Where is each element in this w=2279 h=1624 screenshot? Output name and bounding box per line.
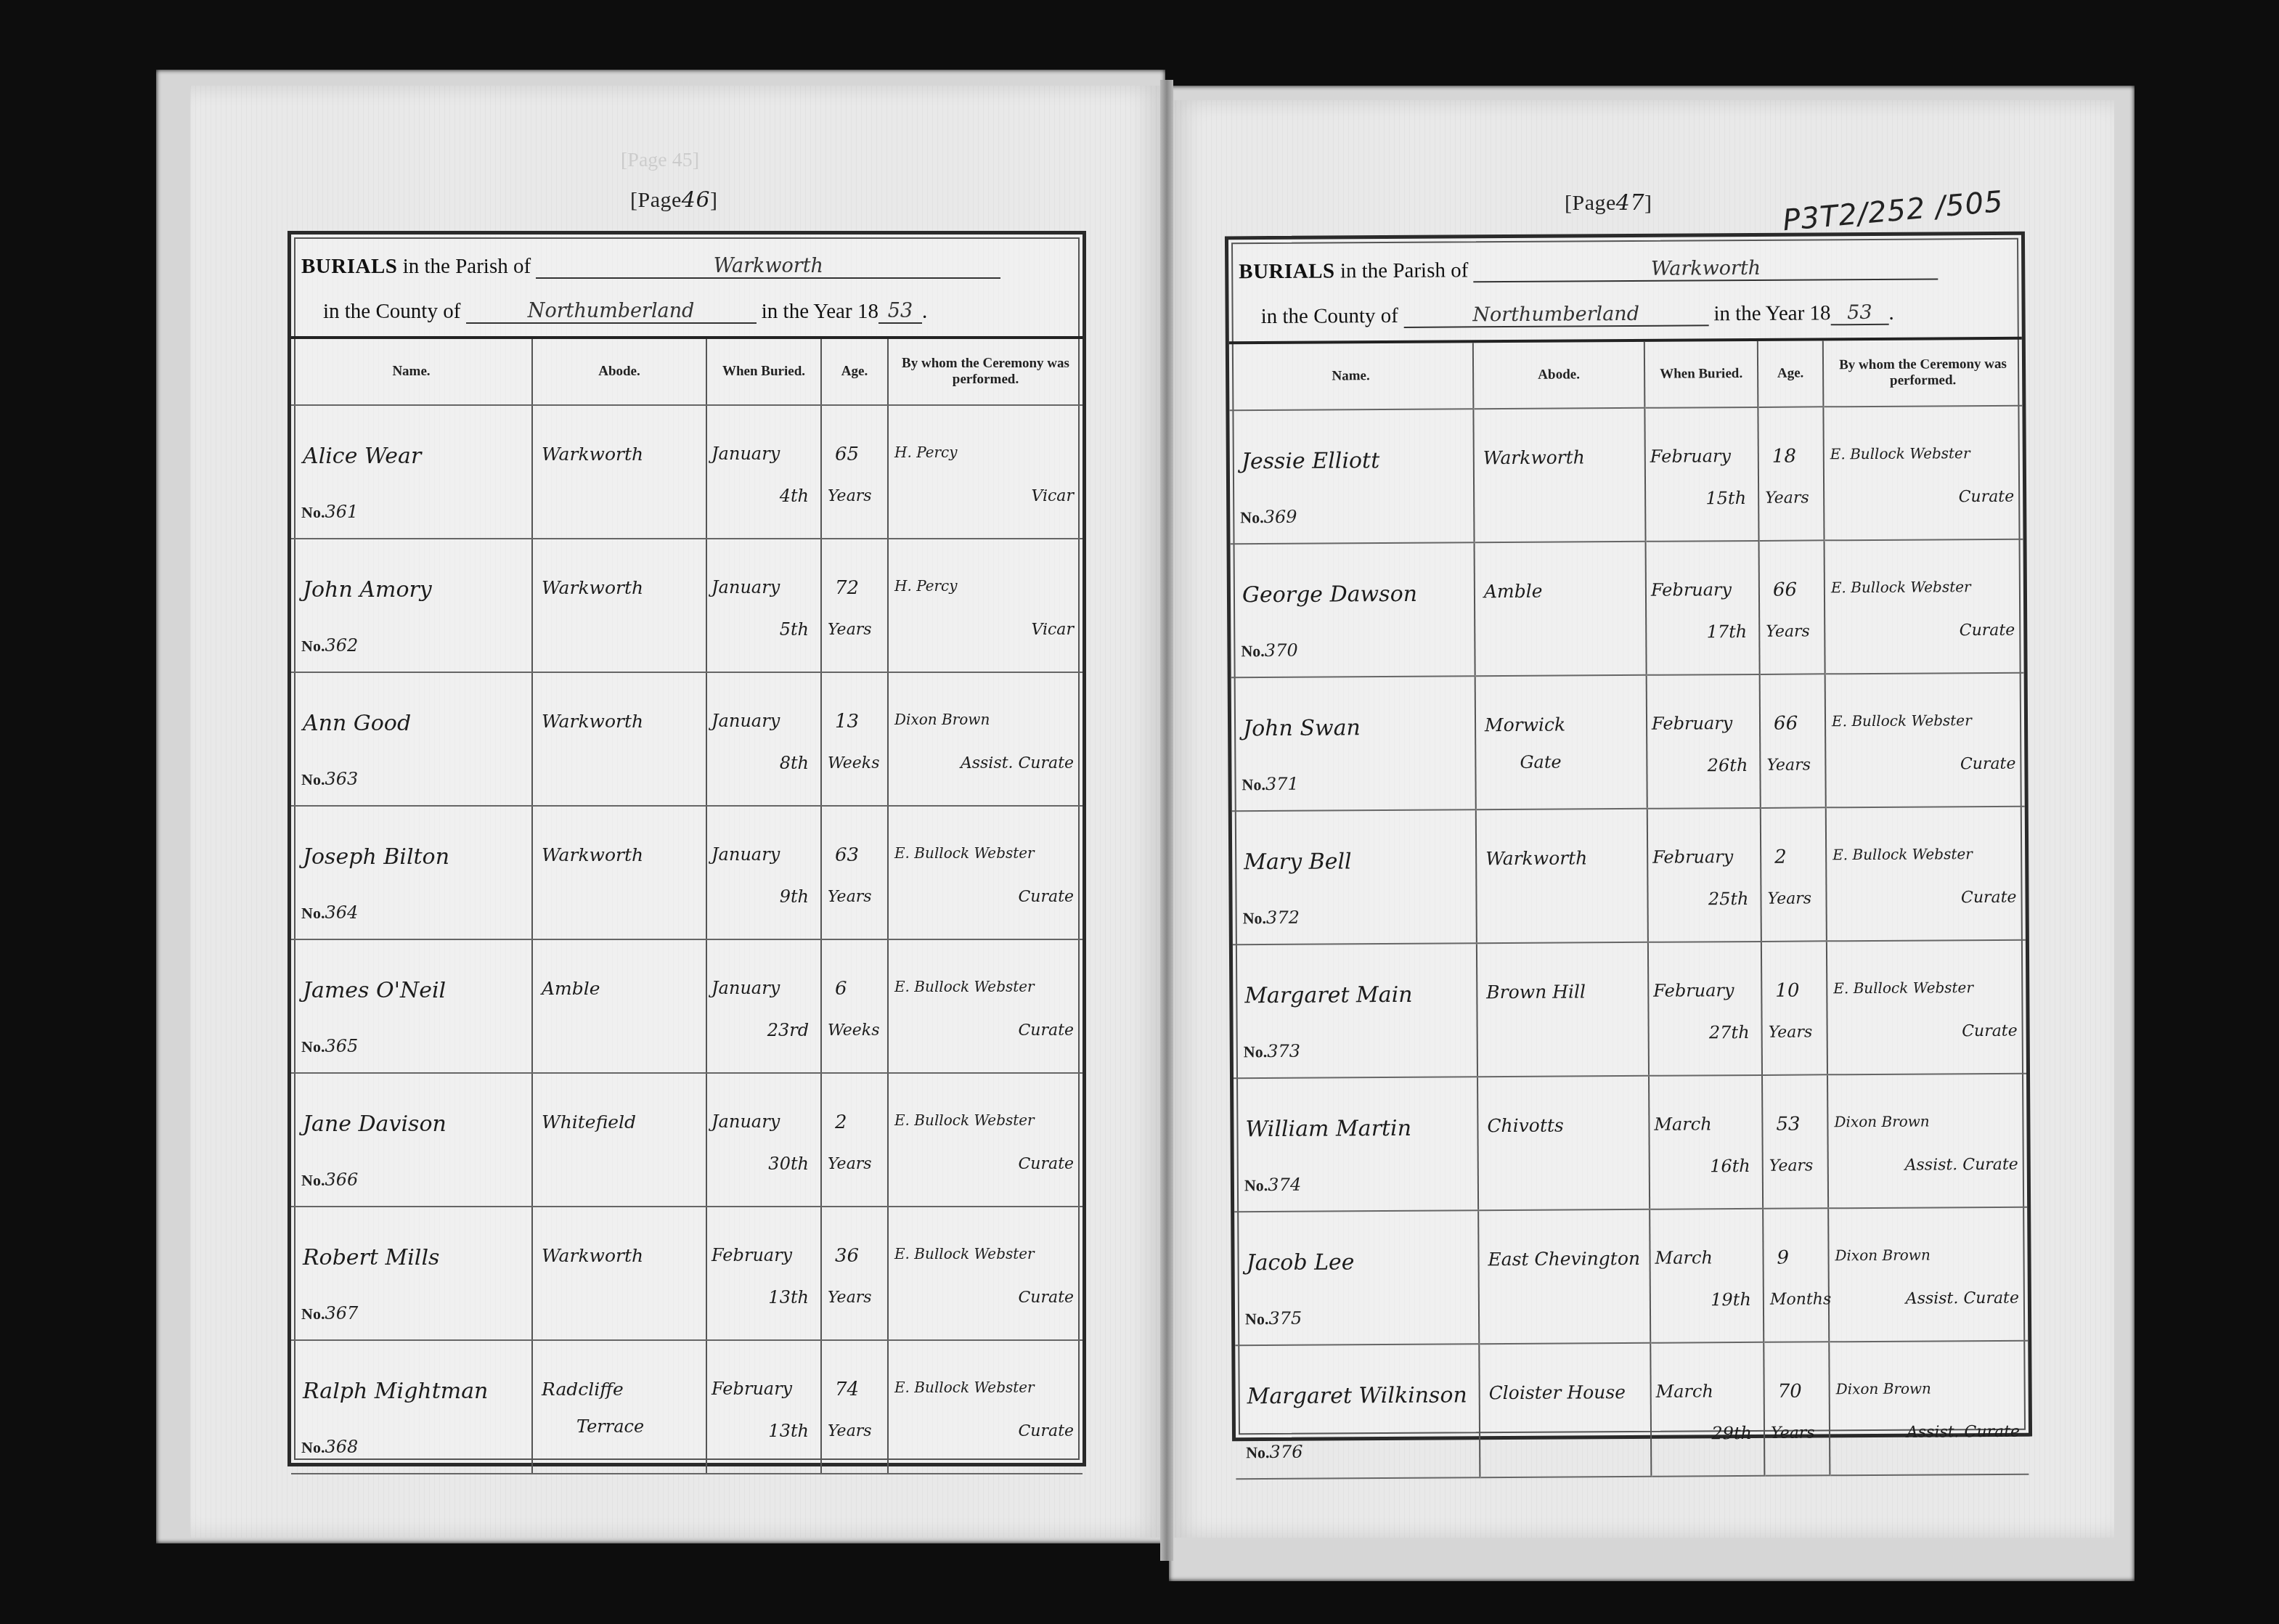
burial-entry-row: Jessie Elliott No.369 Warkworth February… bbox=[1229, 406, 2023, 544]
entry-number: No.366 bbox=[301, 1170, 358, 1190]
parish-line: BURIALS in the Parish of Warkworth bbox=[301, 255, 1000, 279]
name-cell: Ralph Mightman No.368 bbox=[291, 1340, 532, 1474]
burial-entry-row: George Dawson No.370 Amble February 17th… bbox=[1231, 539, 2024, 678]
abode-cell: Chivotts bbox=[1477, 1076, 1650, 1210]
burial-month: February bbox=[1652, 846, 1733, 868]
officiant-name: Dixon Brown bbox=[1835, 1246, 1930, 1264]
burial-entry-row: Ralph Mightman No.368 Radcliffe Terrace … bbox=[291, 1340, 1083, 1474]
when-buried-cell: February 27th bbox=[1648, 942, 1762, 1076]
officiant-cell: E. Bullock Webster Curate bbox=[888, 939, 1083, 1073]
abode-value: Brown Hill bbox=[1486, 981, 1586, 1003]
burial-day: 17th bbox=[1707, 621, 1748, 642]
header-age: Age. bbox=[821, 339, 888, 405]
officiant-title: Assist. Curate bbox=[961, 754, 1074, 772]
officiant-cell: H. Percy Vicar bbox=[888, 405, 1083, 539]
register-heading: BURIALS in the Parish of Warkworth in th… bbox=[1228, 235, 2022, 345]
officiant-title: Curate bbox=[1019, 888, 1075, 906]
name-cell: Jane Davison No.366 bbox=[291, 1073, 532, 1207]
age-cell: 63 Years bbox=[821, 806, 888, 939]
age-value: 66 bbox=[1773, 579, 1797, 601]
burial-day: 16th bbox=[1710, 1156, 1750, 1176]
officiant-name: E. Bullock Webster bbox=[894, 1379, 1035, 1396]
burial-day: 13th bbox=[768, 1287, 809, 1307]
when-buried-cell: January 30th bbox=[706, 1073, 821, 1207]
book-gutter bbox=[1160, 80, 1173, 1561]
page-close: ] bbox=[710, 188, 718, 212]
officiant-cell: E. Bullock Webster Curate bbox=[1826, 807, 2026, 942]
entry-number: No.365 bbox=[301, 1036, 358, 1056]
abode-line2: Terrace bbox=[576, 1416, 644, 1437]
when-buried-cell: March 29th bbox=[1650, 1342, 1764, 1477]
deceased-name: Jane Davison bbox=[303, 1111, 447, 1137]
burial-entry-row: Margaret Main No.373 Brown Hill February… bbox=[1233, 940, 2026, 1079]
name-cell: Ann Good No.363 bbox=[291, 672, 532, 806]
age-cell: 72 Years bbox=[821, 539, 888, 672]
burial-day: 19th bbox=[1711, 1289, 1751, 1310]
officiant-title: Curate bbox=[1959, 488, 2015, 506]
page-number-value: 47 bbox=[1616, 190, 1644, 216]
officiant-title: Curate bbox=[1961, 889, 2017, 907]
deceased-name: John Amory bbox=[303, 577, 432, 603]
when-buried-cell: January 23rd bbox=[706, 939, 821, 1073]
officiant-cell: E. Bullock Webster Curate bbox=[1823, 406, 2023, 541]
entry-number: No.373 bbox=[1244, 1041, 1300, 1061]
entry-number: No.368 bbox=[301, 1437, 358, 1457]
name-cell: John Swan No.371 bbox=[1231, 676, 1476, 811]
name-cell: Jessie Elliott No.369 bbox=[1229, 409, 1474, 544]
age-unit: Years bbox=[1771, 1424, 1815, 1442]
officiant-title: Assist. Curate bbox=[1907, 1423, 2020, 1442]
deceased-name: Jessie Elliott bbox=[1242, 448, 1380, 474]
deceased-name: Margaret Wilkinson bbox=[1247, 1382, 1467, 1409]
when-buried-cell: January 5th bbox=[706, 539, 821, 672]
age-value: 6 bbox=[835, 978, 847, 1000]
burial-entry-row: Margaret Wilkinson No.376 Cloister House… bbox=[1235, 1341, 2029, 1480]
when-buried-cell: February 13th bbox=[706, 1340, 821, 1474]
age-value: 72 bbox=[835, 577, 859, 599]
right-burial-register: BURIALS in the Parish of Warkworth in th… bbox=[1225, 232, 2032, 1442]
name-cell: John Amory No.362 bbox=[291, 539, 532, 672]
burial-entry-row: Ann Good No.363 Warkworth January 8th 13… bbox=[291, 672, 1083, 806]
age-value: 74 bbox=[835, 1379, 859, 1400]
burial-month: February bbox=[712, 1245, 792, 1265]
officiant-name: E. Bullock Webster bbox=[894, 844, 1035, 862]
when-buried-cell: February 15th bbox=[1644, 407, 1758, 542]
burial-day: 15th bbox=[1705, 488, 1746, 508]
ghost-page-number-bleed: [Page 45] bbox=[621, 149, 699, 172]
abode-cell: Warkworth bbox=[532, 539, 706, 672]
burial-entry-row: John Swan No.371 Morwick Gate February 2… bbox=[1231, 673, 2025, 812]
officiant-cell: Dixon Brown Assist. Curate bbox=[1827, 1074, 2027, 1209]
age-value: 18 bbox=[1772, 446, 1796, 468]
county-line: in the County of Northumberland in the Y… bbox=[1261, 301, 1894, 329]
burial-day: 5th bbox=[780, 619, 809, 640]
abode-value: East Chevington bbox=[1488, 1248, 1640, 1270]
burial-entries-table: Name. Abode. When Buried. Age. By whom t… bbox=[291, 339, 1083, 1474]
age-cell: 2 Years bbox=[821, 1073, 888, 1207]
entry-number: No.375 bbox=[1245, 1308, 1302, 1329]
age-value: 65 bbox=[835, 444, 859, 465]
age-unit: Years bbox=[1766, 756, 1811, 774]
officiant-cell: E. Bullock Webster Curate bbox=[1825, 539, 2024, 674]
deceased-name: Ann Good bbox=[303, 711, 411, 736]
age-unit: Years bbox=[828, 1155, 872, 1173]
abode-value: Warkworth bbox=[542, 1245, 643, 1266]
age-unit: Years bbox=[1766, 622, 1810, 640]
officiant-title: Curate bbox=[1019, 1155, 1075, 1173]
name-cell: Margaret Wilkinson No.376 bbox=[1235, 1344, 1480, 1479]
officiant-name: Dixon Brown bbox=[1836, 1379, 1931, 1397]
age-cell: 2 Years bbox=[1761, 807, 1827, 942]
officiant-title: Curate bbox=[1962, 1022, 2018, 1040]
burial-month: January bbox=[712, 1111, 780, 1132]
officiant-title: Assist. Curate bbox=[1905, 1156, 2018, 1175]
when-buried-cell: January 4th bbox=[706, 405, 821, 539]
when-buried-cell: March 19th bbox=[1650, 1209, 1764, 1343]
when-buried-cell: February 26th bbox=[1647, 674, 1761, 809]
name-cell: Alice Wear No.361 bbox=[291, 405, 532, 539]
burial-entry-row: Jane Davison No.366 Whitefield January 3… bbox=[291, 1073, 1083, 1207]
abode-cell: East Chevington bbox=[1478, 1209, 1650, 1344]
age-value: 36 bbox=[835, 1245, 859, 1267]
officiant-cell: H. Percy Vicar bbox=[888, 539, 1083, 672]
burial-day: 29th bbox=[1711, 1423, 1752, 1443]
age-value: 2 bbox=[1774, 846, 1787, 868]
officiant-name: E. Bullock Webster bbox=[1833, 979, 1973, 997]
burial-month: January bbox=[712, 711, 780, 731]
age-unit: Years bbox=[1767, 889, 1811, 907]
year-value: 53 bbox=[878, 300, 922, 324]
name-cell: Jacob Lee No.375 bbox=[1234, 1210, 1479, 1345]
name-cell: George Dawson No.370 bbox=[1231, 542, 1475, 677]
abode-value: Warkworth bbox=[542, 577, 643, 598]
deceased-name: George Dawson bbox=[1242, 582, 1417, 608]
page-label: [Page bbox=[1565, 191, 1616, 215]
officiant-cell: E. Bullock Webster Curate bbox=[888, 1207, 1083, 1340]
column-header-row: Name. Abode. When Buried. Age. By whom t… bbox=[1229, 340, 2023, 411]
abode-cell: Whitefield bbox=[532, 1073, 706, 1207]
header-abode: Abode. bbox=[532, 339, 706, 405]
header-name: Name. bbox=[291, 339, 532, 405]
burial-month: January bbox=[712, 844, 780, 865]
burial-day: 27th bbox=[1709, 1022, 1750, 1042]
officiant-name: Dixon Brown bbox=[1834, 1112, 1929, 1130]
burial-day: 26th bbox=[1708, 755, 1748, 775]
deceased-name: Joseph Bilton bbox=[303, 844, 449, 870]
age-value: 70 bbox=[1778, 1381, 1802, 1403]
age-value: 66 bbox=[1774, 713, 1798, 735]
age-unit: Years bbox=[828, 1289, 872, 1307]
county-value: Northumberland bbox=[466, 300, 757, 324]
abode-cell: Warkworth bbox=[532, 672, 706, 806]
burial-day: 25th bbox=[1708, 889, 1749, 909]
entry-number: No.374 bbox=[1244, 1175, 1301, 1195]
burial-month: March bbox=[1656, 1381, 1713, 1401]
county-value: Northumberland bbox=[1403, 302, 1708, 328]
name-cell: Joseph Bilton No.364 bbox=[291, 806, 532, 939]
left-burial-register: BURIALS in the Parish of Warkworth in th… bbox=[288, 231, 1086, 1466]
burial-day: 8th bbox=[780, 753, 809, 773]
age-unit: Years bbox=[1769, 1156, 1814, 1175]
abode-value: Amble bbox=[1484, 581, 1543, 602]
abode-value: Radcliffe bbox=[542, 1379, 624, 1400]
abode-cell: Brown Hill bbox=[1477, 942, 1649, 1077]
burial-month: March bbox=[1654, 1114, 1711, 1134]
entry-number: No.363 bbox=[301, 769, 358, 789]
officiant-name: E. Bullock Webster bbox=[894, 1245, 1035, 1262]
officiant-title: Vicar bbox=[1032, 487, 1075, 505]
officiant-cell: E. Bullock Webster Curate bbox=[1827, 940, 2026, 1075]
abode-value: Warkworth bbox=[1483, 446, 1585, 468]
abode-cell: Morwick Gate bbox=[1475, 675, 1647, 809]
age-cell: 53 Years bbox=[1762, 1074, 1828, 1209]
name-cell: Robert Mills No.367 bbox=[291, 1207, 532, 1340]
when-buried-cell: January 9th bbox=[706, 806, 821, 939]
burial-month: February bbox=[1650, 446, 1731, 467]
age-value: 2 bbox=[835, 1111, 847, 1133]
burial-month: January bbox=[712, 577, 780, 597]
year-value: 53 bbox=[1830, 301, 1888, 325]
name-cell: Margaret Main No.373 bbox=[1233, 943, 1477, 1078]
parish-line: BURIALS in the Parish of Warkworth bbox=[1239, 256, 1938, 284]
officiant-cell: E. Bullock Webster Curate bbox=[888, 806, 1083, 939]
header-when-buried: When Buried. bbox=[706, 339, 821, 405]
deceased-name: Jacob Lee bbox=[1246, 1249, 1354, 1276]
officiant-name: Dixon Brown bbox=[894, 711, 990, 728]
officiant-cell: E. Bullock Webster Curate bbox=[888, 1340, 1083, 1474]
burial-day: 30th bbox=[768, 1154, 809, 1174]
page-label: [Page bbox=[630, 188, 682, 212]
age-cell: 13 Weeks bbox=[821, 672, 888, 806]
deceased-name: Robert Mills bbox=[303, 1245, 439, 1270]
officiant-cell: E. Bullock Webster Curate bbox=[888, 1073, 1083, 1207]
header-officiant: By whom the Ceremony was performed. bbox=[1823, 340, 2023, 407]
age-unit: Years bbox=[1769, 1023, 1813, 1041]
burial-month: March bbox=[1655, 1247, 1712, 1268]
age-unit: Years bbox=[828, 888, 872, 906]
parish-value: Warkworth bbox=[536, 255, 1000, 279]
burial-entry-row: Mary Bell No.372 Warkworth February 25th… bbox=[1232, 807, 2026, 945]
burial-month: February bbox=[712, 1379, 792, 1399]
burial-entries-table: Name. Abode. When Buried. Age. By whom t… bbox=[1229, 340, 2029, 1480]
age-value: 13 bbox=[835, 711, 859, 733]
officiant-name: E. Bullock Webster bbox=[1832, 711, 1972, 730]
age-value: 9 bbox=[1777, 1247, 1789, 1269]
deceased-name: James O'Neil bbox=[303, 978, 446, 1003]
burial-entry-row: Robert Mills No.367 Warkworth February 1… bbox=[291, 1207, 1083, 1340]
officiant-title: Assist. Curate bbox=[1906, 1289, 2019, 1308]
abode-value: Morwick bbox=[1485, 714, 1565, 736]
entry-number: No.370 bbox=[1241, 640, 1297, 661]
left-page-number: [Page46] bbox=[630, 187, 718, 213]
age-cell: 36 Years bbox=[821, 1207, 888, 1340]
abode-cell: Warkworth bbox=[532, 806, 706, 939]
age-cell: 9 Months bbox=[1763, 1208, 1829, 1342]
deceased-name: John Swan bbox=[1243, 715, 1361, 741]
deceased-name: William Martin bbox=[1245, 1116, 1411, 1142]
deceased-name: Margaret Main bbox=[1244, 982, 1412, 1008]
when-buried-cell: February 25th bbox=[1647, 808, 1761, 942]
officiant-title: Curate bbox=[1019, 1422, 1075, 1440]
abode-value: Whitefield bbox=[542, 1111, 636, 1133]
entry-number: No.369 bbox=[1240, 507, 1297, 527]
burial-month: February bbox=[1652, 713, 1732, 734]
abode-cell: Cloister House bbox=[1479, 1343, 1651, 1477]
page-close: ] bbox=[1644, 191, 1652, 215]
burial-day: 23rd bbox=[767, 1020, 809, 1040]
entry-number: No.376 bbox=[1246, 1442, 1302, 1462]
age-unit: Weeks bbox=[828, 1021, 879, 1040]
officiant-name: E. Bullock Webster bbox=[1830, 444, 1970, 462]
officiant-title: Curate bbox=[1019, 1289, 1075, 1307]
officiant-cell: E. Bullock Webster Curate bbox=[1825, 673, 2025, 808]
age-unit: Months bbox=[1770, 1290, 1831, 1309]
age-value: 53 bbox=[1776, 1114, 1800, 1135]
officiant-title: Vicar bbox=[1032, 621, 1075, 639]
header-abode: Abode. bbox=[1473, 342, 1645, 409]
abode-cell: Warkworth bbox=[532, 1207, 706, 1340]
abode-value: Warkworth bbox=[542, 711, 643, 732]
age-cell: 10 Years bbox=[1761, 941, 1827, 1075]
abode-value: Amble bbox=[542, 978, 600, 999]
burial-entry-row: James O'Neil No.365 Amble January 23rd 6… bbox=[291, 939, 1083, 1073]
age-cell: 66 Years bbox=[1760, 674, 1826, 808]
abode-cell: Amble bbox=[1475, 542, 1647, 676]
entry-number: No.367 bbox=[301, 1303, 358, 1323]
abode-cell: Warkworth bbox=[1476, 809, 1648, 943]
officiant-cell: Dixon Brown Assist. Curate bbox=[888, 672, 1083, 806]
burial-day: 13th bbox=[768, 1421, 809, 1441]
burial-entry-row: Alice Wear No.361 Warkworth January 4th … bbox=[291, 405, 1083, 539]
name-cell: James O'Neil No.365 bbox=[291, 939, 532, 1073]
age-cell: 65 Years bbox=[821, 405, 888, 539]
age-unit: Years bbox=[1765, 489, 1809, 507]
deceased-name: Alice Wear bbox=[303, 444, 421, 469]
entry-number: No.372 bbox=[1243, 907, 1300, 928]
header-name: Name. bbox=[1229, 343, 1474, 410]
abode-cell: Radcliffe Terrace bbox=[532, 1340, 706, 1474]
age-cell: 6 Weeks bbox=[821, 939, 888, 1073]
entry-number: No.362 bbox=[301, 635, 358, 656]
abode-cell: Warkworth bbox=[532, 405, 706, 539]
header-officiant: By whom the Ceremony was performed. bbox=[888, 339, 1083, 405]
officiant-name: E. Bullock Webster bbox=[894, 1111, 1035, 1129]
page-number-value: 46 bbox=[682, 187, 710, 213]
deceased-name: Mary Bell bbox=[1244, 849, 1352, 875]
age-cell: 74 Years bbox=[821, 1340, 888, 1474]
officiant-name: E. Bullock Webster bbox=[894, 978, 1035, 995]
officiant-cell: Dixon Brown Assist. Curate bbox=[1829, 1341, 2029, 1476]
entry-number: No.364 bbox=[301, 902, 358, 923]
burial-month: January bbox=[712, 978, 780, 998]
column-header-row: Name. Abode. When Buried. Age. By whom t… bbox=[291, 339, 1083, 405]
age-unit: Years bbox=[828, 487, 872, 505]
abode-cell: Warkworth bbox=[1473, 408, 1645, 542]
when-buried-cell: February 13th bbox=[706, 1207, 821, 1340]
when-buried-cell: January 8th bbox=[706, 672, 821, 806]
burial-day: 9th bbox=[780, 886, 809, 907]
officiant-name: E. Bullock Webster bbox=[1831, 578, 1971, 596]
burial-entry-row: John Amory No.362 Warkworth January 5th … bbox=[291, 539, 1083, 672]
name-cell: Mary Bell No.372 bbox=[1232, 809, 1477, 944]
header-when-buried: When Buried. bbox=[1644, 341, 1758, 408]
burial-day: 4th bbox=[780, 486, 809, 506]
when-buried-cell: February 17th bbox=[1646, 541, 1760, 675]
abode-line2: Gate bbox=[1520, 752, 1561, 772]
burial-month: February bbox=[1651, 579, 1732, 600]
officiant-title: Curate bbox=[1960, 621, 2015, 640]
age-value: 63 bbox=[835, 844, 859, 866]
right-page-number: [Page47] bbox=[1565, 190, 1652, 216]
burial-entry-row: Jacob Lee No.375 East Chevington March 1… bbox=[1234, 1207, 2028, 1346]
entry-number: No.371 bbox=[1242, 774, 1298, 794]
parish-value: Warkworth bbox=[1473, 256, 1938, 282]
officiant-title: Curate bbox=[1019, 1021, 1075, 1040]
abode-value: Cloister House bbox=[1489, 1382, 1626, 1403]
name-cell: William Martin No.374 bbox=[1234, 1077, 1478, 1212]
age-unit: Weeks bbox=[828, 754, 879, 772]
entry-number: No.361 bbox=[301, 502, 358, 522]
officiant-name: E. Bullock Webster bbox=[1832, 845, 1973, 863]
age-cell: 66 Years bbox=[1759, 540, 1825, 674]
header-age: Age. bbox=[1758, 340, 1824, 407]
abode-value: Warkworth bbox=[1485, 847, 1587, 869]
deceased-name: Ralph Mightman bbox=[303, 1379, 488, 1404]
register-heading: BURIALS in the Parish of Warkworth in th… bbox=[291, 234, 1083, 339]
age-cell: 70 Years bbox=[1764, 1342, 1830, 1476]
abode-cell: Amble bbox=[532, 939, 706, 1073]
burial-month: January bbox=[712, 444, 780, 464]
officiant-title: Curate bbox=[1960, 755, 2016, 773]
abode-value: Chivotts bbox=[1487, 1115, 1564, 1137]
burial-month: February bbox=[1653, 980, 1734, 1001]
officiant-name: H. Percy bbox=[894, 577, 958, 595]
age-value: 10 bbox=[1775, 980, 1799, 1002]
burial-entry-row: Joseph Bilton No.364 Warkworth January 9… bbox=[291, 806, 1083, 939]
county-line: in the County of Northumberland in the Y… bbox=[323, 300, 927, 324]
officiant-cell: Dixon Brown Assist. Curate bbox=[1828, 1207, 2028, 1342]
age-unit: Years bbox=[828, 1422, 872, 1440]
burial-entry-row: William Martin No.374 Chivotts March 16t… bbox=[1234, 1074, 2027, 1212]
officiant-name: H. Percy bbox=[894, 444, 958, 461]
abode-value: Warkworth bbox=[542, 444, 643, 465]
abode-value: Warkworth bbox=[542, 844, 643, 865]
when-buried-cell: March 16th bbox=[1649, 1075, 1763, 1209]
age-unit: Years bbox=[828, 621, 872, 639]
age-cell: 18 Years bbox=[1758, 407, 1824, 541]
